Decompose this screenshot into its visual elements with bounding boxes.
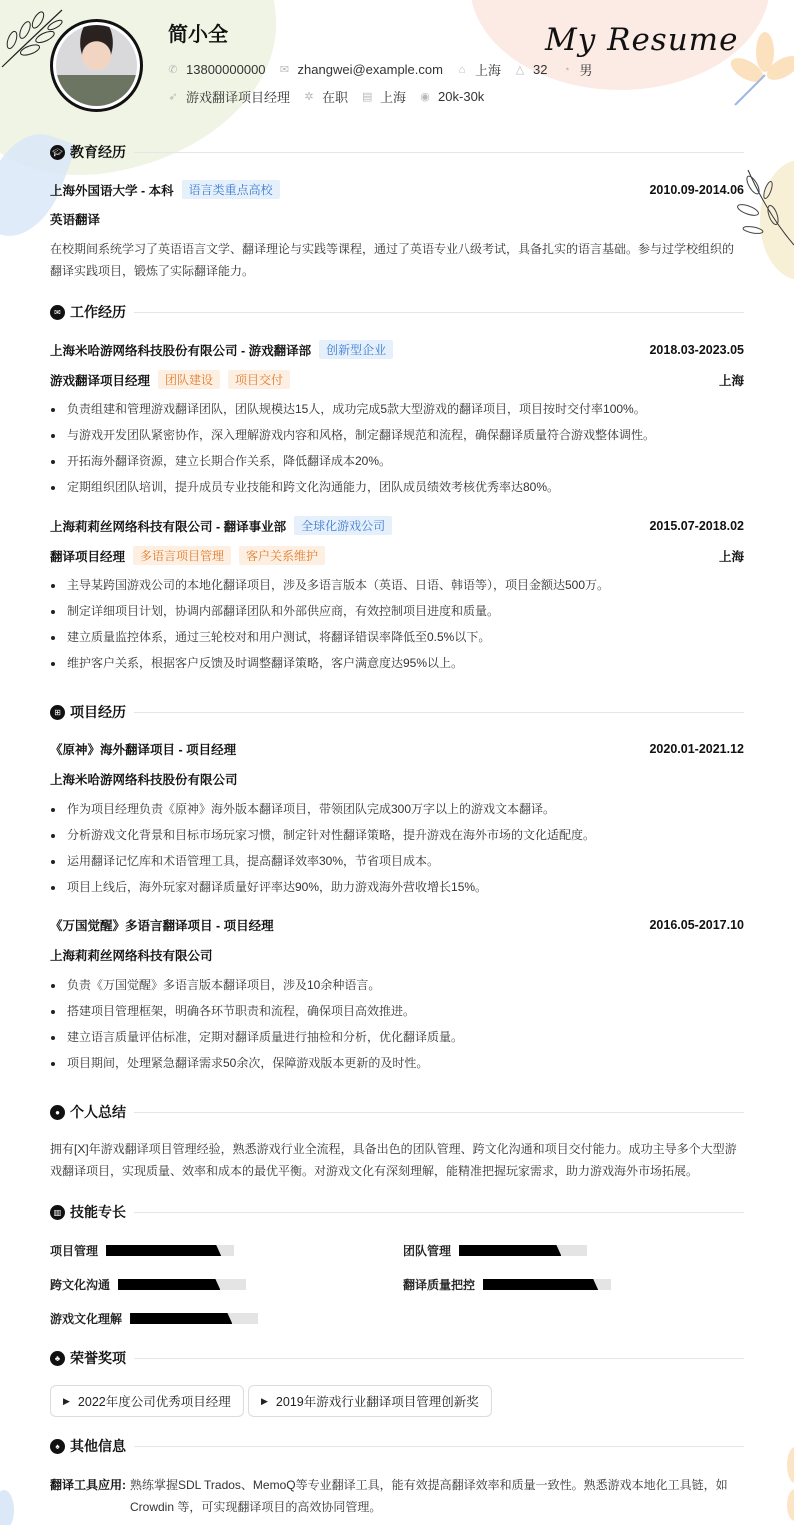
graduation-cap-icon: 🎓︎ [50,145,65,160]
info-gender: ◔男 [561,60,592,79]
section-title: 工作经历 [70,302,126,322]
triangle-right-icon: ▶ [63,1396,70,1407]
info-position: ➶游戏翻译项目经理 [168,87,290,106]
info-city: ▤上海 [362,87,406,106]
award-icon: ♣ [50,1351,65,1366]
divider [134,712,744,713]
work-bullets: 主导某跨国游戏公司的本地化翻译项目，涉及多语言版本（英语、日语、韩语等），项目金… [50,572,744,676]
decor-yellow-blob [760,160,794,280]
role: 翻译项目经理 [50,547,125,565]
decor-blue-blob [0,1490,14,1525]
section-title: 其他信息 [70,1436,126,1456]
section-awards: ♣荣誉奖项 [50,1348,744,1368]
phone-icon: ✆ [168,63,178,76]
skill-item: 翻译质量把控 [403,1276,611,1293]
list-item: 开拓海外翻译资源，建立长期合作关系，降低翻译成本20%。 [50,448,744,474]
list-item: 搭建项目管理框架，明确各环节职责和流程，确保项目高效推进。 [50,998,744,1024]
info-location: ⌂上海 [457,60,501,79]
section-title: 项目经历 [70,702,126,722]
work-date: 2015.07-2018.02 [649,519,744,533]
company-tag: 全球化游戏公司 [294,516,392,535]
resume-header: 简小全 My Resume ✆13800000000 ✉zhangwei@exa… [0,0,794,130]
avatar [50,19,143,112]
section-skills: ▥技能专长 [50,1202,744,1222]
info-email: ✉zhangwei@example.com [280,62,443,77]
company-name: 上海莉莉丝网络科技有限公司 - 翻译事业部 [50,517,286,535]
role-tag: 客户关系维护 [239,546,325,565]
project-header: 《万国觉醒》多语言翻译项目 - 项目经理 2016.05-2017.10 [50,916,744,934]
education-header: 上海外国语大学 - 本科语言类重点高校 2010.09-2014.06 [50,180,744,199]
award-badge: ▶2022年度公司优秀项目经理 [50,1385,244,1417]
work-bullets: 负责组建和管理游戏翻译团队，团队规模达15人，成功完成5款大型游戏的翻译项目，项… [50,396,744,500]
skill-bar [459,1245,587,1256]
role-tag: 项目交付 [228,370,290,389]
role: 游戏翻译项目经理 [50,371,150,389]
work-role-row: 翻译项目经理多语言项目管理客户关系维护 上海 [50,546,744,565]
project-date: 2020.01-2021.12 [649,742,744,756]
home-icon: ⌂ [457,64,467,76]
work-date: 2018.03-2023.05 [649,343,744,357]
project-bullets: 作为项目经理负责《原神》海外版本翻译项目，带领团队完成300万字以上的游戏文本翻… [50,796,744,900]
skill-bar-fill [459,1245,561,1256]
skill-bar [130,1313,258,1324]
section-title: 个人总结 [70,1102,126,1122]
skill-bar-fill [483,1279,598,1290]
skill-item: 游戏文化理解 [50,1310,258,1327]
section-title: 荣誉奖项 [70,1348,126,1368]
divider [134,152,744,153]
list-item: 定期组织团队培训，提升成员专业技能和跨文化沟通能力，团队成员绩效考核优秀率达80… [50,474,744,500]
intention-row: ➶游戏翻译项目经理 ✲在职 ▤上海 ◉20k-30k [168,87,498,106]
major: 英语翻译 [50,210,100,228]
candidate-name: 简小全 [168,18,228,47]
info-phone: ✆13800000000 [168,62,266,77]
list-item: 分析游戏文化背景和目标市场玩家习惯，制定针对性翻译策略，提升游戏在海外市场的文化… [50,822,744,848]
status-icon: ✲ [304,90,314,103]
section-projects: ⊞项目经历 《原神》海外翻译项目 - 项目经理 2020.01-2021.12 … [50,702,744,722]
list-item: 负责《万国觉醒》多语言版本翻译项目，涉及10余种语言。 [50,972,744,998]
education-description: 在校期间系统学习了英语语言文学、翻译理论与实践等课程，通过了英语专业八级考试，具… [50,238,744,282]
work-city: 上海 [719,371,744,389]
salary-icon: ◉ [420,90,430,103]
skill-bar-fill [118,1279,220,1290]
list-item: 运用翻译记忆库和术语管理工具，提高翻译效率30%，节省项目成本。 [50,848,744,874]
list-item: 作为项目经理负责《原神》海外版本翻译项目，带领团队完成300万字以上的游戏文本翻… [50,796,744,822]
skill-item: 团队管理 [403,1242,587,1259]
avatar-photo [56,25,137,106]
education-major-row: 英语翻译 [50,210,744,228]
project-company-row: 上海莉莉丝网络科技有限公司 [50,946,744,964]
contact-row: ✆13800000000 ✉zhangwei@example.com ⌂上海 △… [168,60,606,79]
divider [134,1358,744,1359]
section-work: ✉工作经历 上海米哈游网络科技股份有限公司 - 游戏翻译部创新型企业 2018.… [50,302,744,322]
list-item: 项目期间，处理紧急翻译需求50余次，保障游戏版本更新的及时性。 [50,1050,744,1076]
section-education: 🎓︎教育经历 上海外国语大学 - 本科语言类重点高校 2010.09-2014.… [50,142,744,162]
section-other: ♠其他信息 [50,1436,744,1456]
divider [134,1212,744,1213]
info-salary: ◉20k-30k [420,89,484,104]
skill-item: 项目管理 [50,1242,234,1259]
user-icon: ● [50,1105,65,1120]
education-date: 2010.09-2014.06 [649,183,744,197]
skill-item: 跨文化沟通 [50,1276,246,1293]
info-age: △32 [515,62,547,77]
list-item: 建立语言质量评估标准，定期对翻译质量进行抽检和分析，优化翻译质量。 [50,1024,744,1050]
list-item: 建立质量监控体系，通过三轮校对和用户测试，将翻译错误率降低至0.5%以下。 [50,624,744,650]
briefcase-icon: ✉ [50,305,65,320]
work-header: 上海米哈游网络科技股份有限公司 - 游戏翻译部创新型企业 2018.03-202… [50,340,744,359]
company-tag: 创新型企业 [319,340,393,359]
project-title: 《万国觉醒》多语言翻译项目 - 项目经理 [50,916,274,934]
resume-script-title: My Resume [545,22,738,58]
list-item: 项目上线后，海外玩家对翻译质量好评率达90%，助力游戏海外营收增长15%。 [50,874,744,900]
divider [134,312,744,313]
position-icon: ➶ [168,90,178,103]
project-title: 《原神》海外翻译项目 - 项目经理 [50,740,236,758]
school-tag: 语言类重点高校 [182,180,280,199]
other-info-value: 熟练掌握SDL Trados、MemoQ等专业翻译工具，能有效提高翻译效率和质量… [130,1474,744,1518]
project-header: 《原神》海外翻译项目 - 项目经理 2020.01-2021.12 [50,740,744,758]
bar-chart-icon: ▥ [50,1205,65,1220]
skill-bar [106,1245,234,1256]
project-bullets: 负责《万国觉醒》多语言版本翻译项目，涉及10余种语言。 搭建项目管理框架，明确各… [50,972,744,1076]
skill-bar-fill [130,1313,232,1324]
list-item: 负责组建和管理游戏翻译团队，团队规模达15人，成功完成5款大型游戏的翻译项目，项… [50,396,744,422]
skill-bar [118,1279,246,1290]
divider [134,1112,744,1113]
list-item: 主导某跨国游戏公司的本地化翻译项目，涉及多语言版本（英语、日语、韩语等），项目金… [50,572,744,598]
summary-text: 拥有[X]年游戏翻译项目管理经验，熟悉游戏行业全流程，具备出色的团队管理、跨文化… [50,1138,744,1182]
decor-flower-icon [765,1440,794,1525]
other-info-row: 翻译工具应用: 熟练掌握SDL Trados、MemoQ等专业翻译工具，能有效提… [50,1474,744,1518]
award-badge: ▶2019年游戏行业翻译项目管理创新奖 [248,1385,492,1417]
section-summary: ●个人总结 拥有[X]年游戏翻译项目管理经验，熟悉游戏行业全流程，具备出色的团队… [50,1102,744,1122]
list-item: 制定详细项目计划，协调内部翻译团队和外部供应商，有效控制项目进度和质量。 [50,598,744,624]
gender-icon: ◔ [561,64,571,76]
role-tag: 多语言项目管理 [133,546,231,565]
other-info-label: 翻译工具应用: [50,1474,126,1518]
project-date: 2016.05-2017.10 [649,918,744,932]
project-company: 上海米哈游网络科技股份有限公司 [50,770,238,788]
section-title: 技能专长 [70,1202,126,1222]
skill-bar [483,1279,611,1290]
info-icon: ♠ [50,1439,65,1454]
list-item: 与游戏开发团队紧密协作，深入理解游戏内容和风格，制定翻译规范和流程，确保翻译质量… [50,422,744,448]
divider [134,1446,744,1447]
mail-icon: ✉ [280,63,290,76]
age-icon: △ [515,63,525,76]
city-icon: ▤ [362,90,372,103]
list-item: 维护客户关系，根据客户反馈及时调整翻译策略，客户满意度达95%以上。 [50,650,744,676]
section-title: 教育经历 [70,142,126,162]
work-city: 上海 [719,547,744,565]
triangle-right-icon: ▶ [261,1396,268,1407]
work-role-row: 游戏翻译项目经理团队建设项目交付 上海 [50,370,744,389]
company-name: 上海米哈游网络科技股份有限公司 - 游戏翻译部 [50,341,311,359]
role-tag: 团队建设 [158,370,220,389]
project-company-row: 上海米哈游网络科技股份有限公司 [50,770,744,788]
info-status: ✲在职 [304,87,348,106]
grid-icon: ⊞ [50,705,65,720]
skill-bar-fill [106,1245,221,1256]
work-header: 上海莉莉丝网络科技有限公司 - 翻译事业部全球化游戏公司 2015.07-201… [50,516,744,535]
project-company: 上海莉莉丝网络科技有限公司 [50,946,213,964]
school-name: 上海外国语大学 - 本科 [50,181,174,199]
